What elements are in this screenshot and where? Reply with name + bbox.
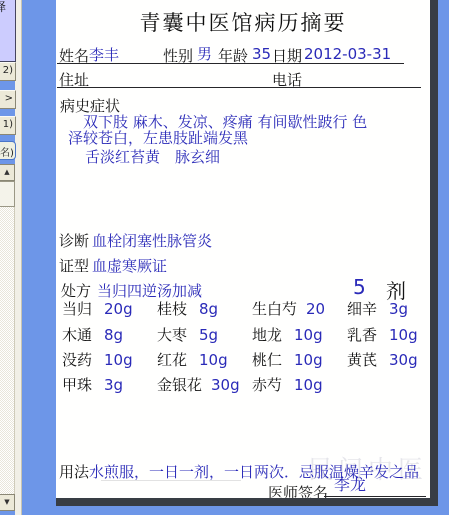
signature-label: 医师签名 [268, 482, 328, 498]
page-title: 青囊中医馆病历摘要 [56, 7, 430, 37]
scroll-down-icon[interactable]: ▼ [0, 494, 15, 511]
herb-entry: 大枣5g [157, 324, 218, 345]
diagnosis-label: 诊断 [59, 230, 89, 251]
herb-entry: 桃仁10g [252, 349, 323, 370]
history-line: 舌淡红苔黄 脉玄细 [85, 146, 220, 167]
usage-label: 用法 [59, 461, 89, 482]
herb-entry: 地龙10g [252, 324, 323, 345]
form-underline [57, 63, 404, 64]
sidebar-button-4[interactable]: 名) [0, 141, 16, 160]
history-line: 泽较苍白，左患肢趾端发黑 [68, 127, 248, 148]
herb-entry: 生白芍20 [252, 298, 325, 319]
gender-value: 男 [197, 43, 212, 64]
herb-entry: 黄芪30g [347, 349, 418, 370]
faint-underline [101, 480, 241, 481]
doctor-signature: 李龙 [334, 472, 366, 495]
signature-underline [324, 496, 426, 497]
syndrome-label: 证型 [59, 255, 89, 276]
herb-entry: 赤芍10g [252, 374, 323, 395]
herb-entry: 甲珠3g [62, 374, 123, 395]
herb-entry: 乳香10g [347, 324, 418, 345]
sidebar-button-3[interactable]: 1) [0, 116, 16, 135]
herb-entry: 当归20g [62, 298, 133, 319]
name-value: 李丰 [89, 44, 119, 65]
scrollbar-track[interactable] [0, 164, 15, 511]
herb-entry: 红花10g [157, 349, 228, 370]
diagnosis-value: 血栓闭塞性脉管炎 [92, 230, 212, 251]
herb-entry: 木通8g [62, 324, 123, 345]
usage-value: 水煎服，一日一剂，一日两次．忌服温燥辛发之品 [89, 461, 419, 482]
syndrome-value: 血虚寒厥证 [92, 255, 167, 276]
app-window: 释 2) > 1) 名) ▲ ▼ 民间中医网 青囊中医馆病历摘要 姓名 李丰 性… [0, 0, 449, 515]
prescription-page: 民间中医网 青囊中医馆病历摘要 姓名 李丰 性别 男 年龄 35 日期 2012… [56, 0, 430, 498]
age-value: 35 [252, 45, 271, 63]
herb-entry: 没药10g [62, 349, 133, 370]
sidebar-button-2[interactable]: > [0, 90, 16, 109]
sidebar-listbox[interactable]: 释 [0, 0, 16, 62]
form-underline [57, 87, 421, 88]
scrollbar-thumb[interactable] [0, 181, 15, 207]
herb-entry: 金银花30g [157, 374, 240, 395]
sidebar-panel-edge [15, 0, 22, 515]
sidebar-button-1[interactable]: 2) [0, 62, 16, 81]
scroll-up-icon[interactable]: ▲ [0, 164, 15, 181]
listbox-partial-text: 释 [0, 0, 15, 15]
herb-entry: 桂枝8g [157, 298, 218, 319]
dose-count: 5 [353, 275, 366, 299]
herb-entry: 细辛3g [347, 298, 408, 319]
date-value: 2012-03-31 [304, 45, 391, 63]
